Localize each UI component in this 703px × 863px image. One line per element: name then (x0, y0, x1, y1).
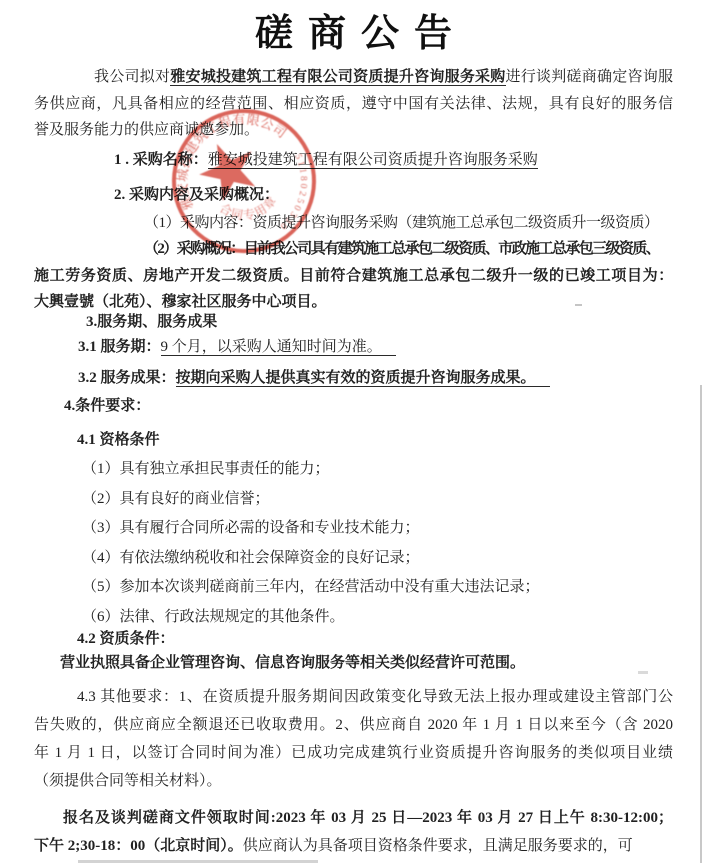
qualification-conditions-list: （1）具有独立承担民事责任的能力； （2）具有良好的商业信誉； （3）具有履行合… (34, 456, 673, 630)
requirements-line-4: （须提供合同等相关材料）。 (34, 767, 673, 795)
closing-line-1: 报名及谈判磋商文件领取时间:2023 年 03 月 25 日—2023 年 03… (34, 804, 673, 832)
requirements-line-2: 告失败的，供应商应全额退还已收取费用。2、供应商自 2020 年 1 月 1 日… (34, 711, 673, 739)
document-page: 磋商公告 我公司拟对雅安城投建筑工程有限公司资质提升咨询服务采购进行谈判磋商确定… (0, 0, 703, 863)
intro-line-3: 誉及服务能力的供应商诚邀参加。 (34, 117, 673, 144)
item-1-purchase-name: 1 . 采购名称：雅安城投建筑工程有限公司资质提升咨询服务采购 (114, 147, 673, 174)
item-3-2-value-underlined: 按期向采购人提供真实有效的资质提升咨询服务成果。 (176, 370, 550, 387)
requirements-line-3: 年 1 月 1 日，以签订合同时间为准）已成功完成建筑行业资质提升咨询服务的类似… (34, 739, 673, 767)
qualification-item: （1）具有独立承担民事责任的能力； (82, 456, 673, 483)
closing-line-2: 下午 2;30-18：00（北京时间）。供应商认为具备项目资格条件要求，且满足服… (34, 832, 673, 860)
intro-line-1: 我公司拟对雅安城投建筑工程有限公司资质提升咨询服务采购进行谈判磋商确定咨询服 (34, 64, 673, 91)
overview-line-1: （2）采购概况：目前我公司具有建筑施工总承包二级资质、市政施工总承包三级资质、 (34, 236, 673, 263)
item-2-heading: 2. 采购内容及采购概况： (114, 182, 673, 209)
item-3-1-label: 3.1 服务期： (78, 339, 161, 355)
item-3-1-service-period: 3.1 服务期：9 个月，以采购人通知时间为准。 (78, 334, 673, 361)
qualification-item: （2）具有良好的商业信誉； (82, 486, 673, 513)
item-1-value-underlined: 雅安城投建筑工程有限公司资质提升咨询服务采购 (208, 152, 538, 169)
item-4-1-heading: 4.1 资格条件 (77, 427, 673, 454)
closing-regular-text: 供应商认为具备项目资格条件要求，且满足服务要求的，可 (243, 838, 633, 854)
qualification-item: （3）具有履行合同所必需的设备和专业技术能力； (82, 515, 673, 542)
item-2-1-purchase-content: （1）采购内容：资质提升咨询服务采购（建筑施工总承包二级资质升一级资质） (144, 210, 673, 237)
scan-artifact-speck (638, 671, 648, 674)
intro-line-2: 务供应商，凡具备相应的经营范围、相应资质，遵守中国有关法律、法规，具有良好的服务… (34, 91, 673, 118)
item-4-3-other-requirements: 4.3 其他要求：1、在资质提升服务期间因政策变化导致无法上报办理或建设主管部门… (34, 683, 673, 795)
intro-paragraph: 我公司拟对雅安城投建筑工程有限公司资质提升咨询服务采购进行谈判磋商确定咨询服 务… (34, 64, 673, 144)
item-3-heading: 3.服务期、服务成果 (86, 309, 673, 336)
procurement-project-name-underlined: 雅安城投建筑工程有限公司资质提升咨询服务采购 (170, 69, 505, 86)
item-3-2-service-result: 3.2 服务成果：按期向采购人提供真实有效的资质提升咨询服务成果。 (78, 365, 673, 392)
qualification-item: （4）有依法缴纳税收和社会保障资金的良好记录； (82, 545, 673, 572)
overview-line-2: 施工劳务资质、房地产开发二级资质。目前符合建筑施工总承包二级升一级的已竣工项目为… (34, 263, 673, 290)
closing-paragraph: 报名及谈判磋商文件领取时间:2023 年 03 月 25 日—2023 年 03… (34, 804, 673, 860)
item-1-label: 1 . 采购名称： (114, 152, 208, 168)
scan-artifact-speck (575, 304, 582, 306)
qualification-item: （5）参加本次谈判磋商前三年内，在经营活动中没有重大违法记录； (82, 574, 673, 601)
closing-time-bold: 下午 2;30-18：00（北京时间）。 (34, 838, 243, 854)
intro-text: 进行谈判磋商确定咨询服 (506, 69, 673, 85)
item-4-heading: 4.条件要求： (64, 393, 673, 420)
scan-artifact-right-edge (700, 385, 702, 863)
intro-text: 我公司拟对 (94, 69, 170, 85)
page-title: 磋商公告 (34, 12, 673, 56)
item-3-1-value-underlined: 9 个月，以采购人通知时间为准。 (161, 339, 396, 356)
item-3-2-label: 3.2 服务成果： (78, 370, 176, 386)
item-4-2-body: 营业执照具备企业管理咨询、信息咨询服务等相关类似经营许可范围。 (60, 650, 673, 677)
requirements-line-1: 4.3 其他要求：1、在资质提升服务期间因政策变化导致无法上报办理或建设主管部门… (34, 683, 673, 711)
